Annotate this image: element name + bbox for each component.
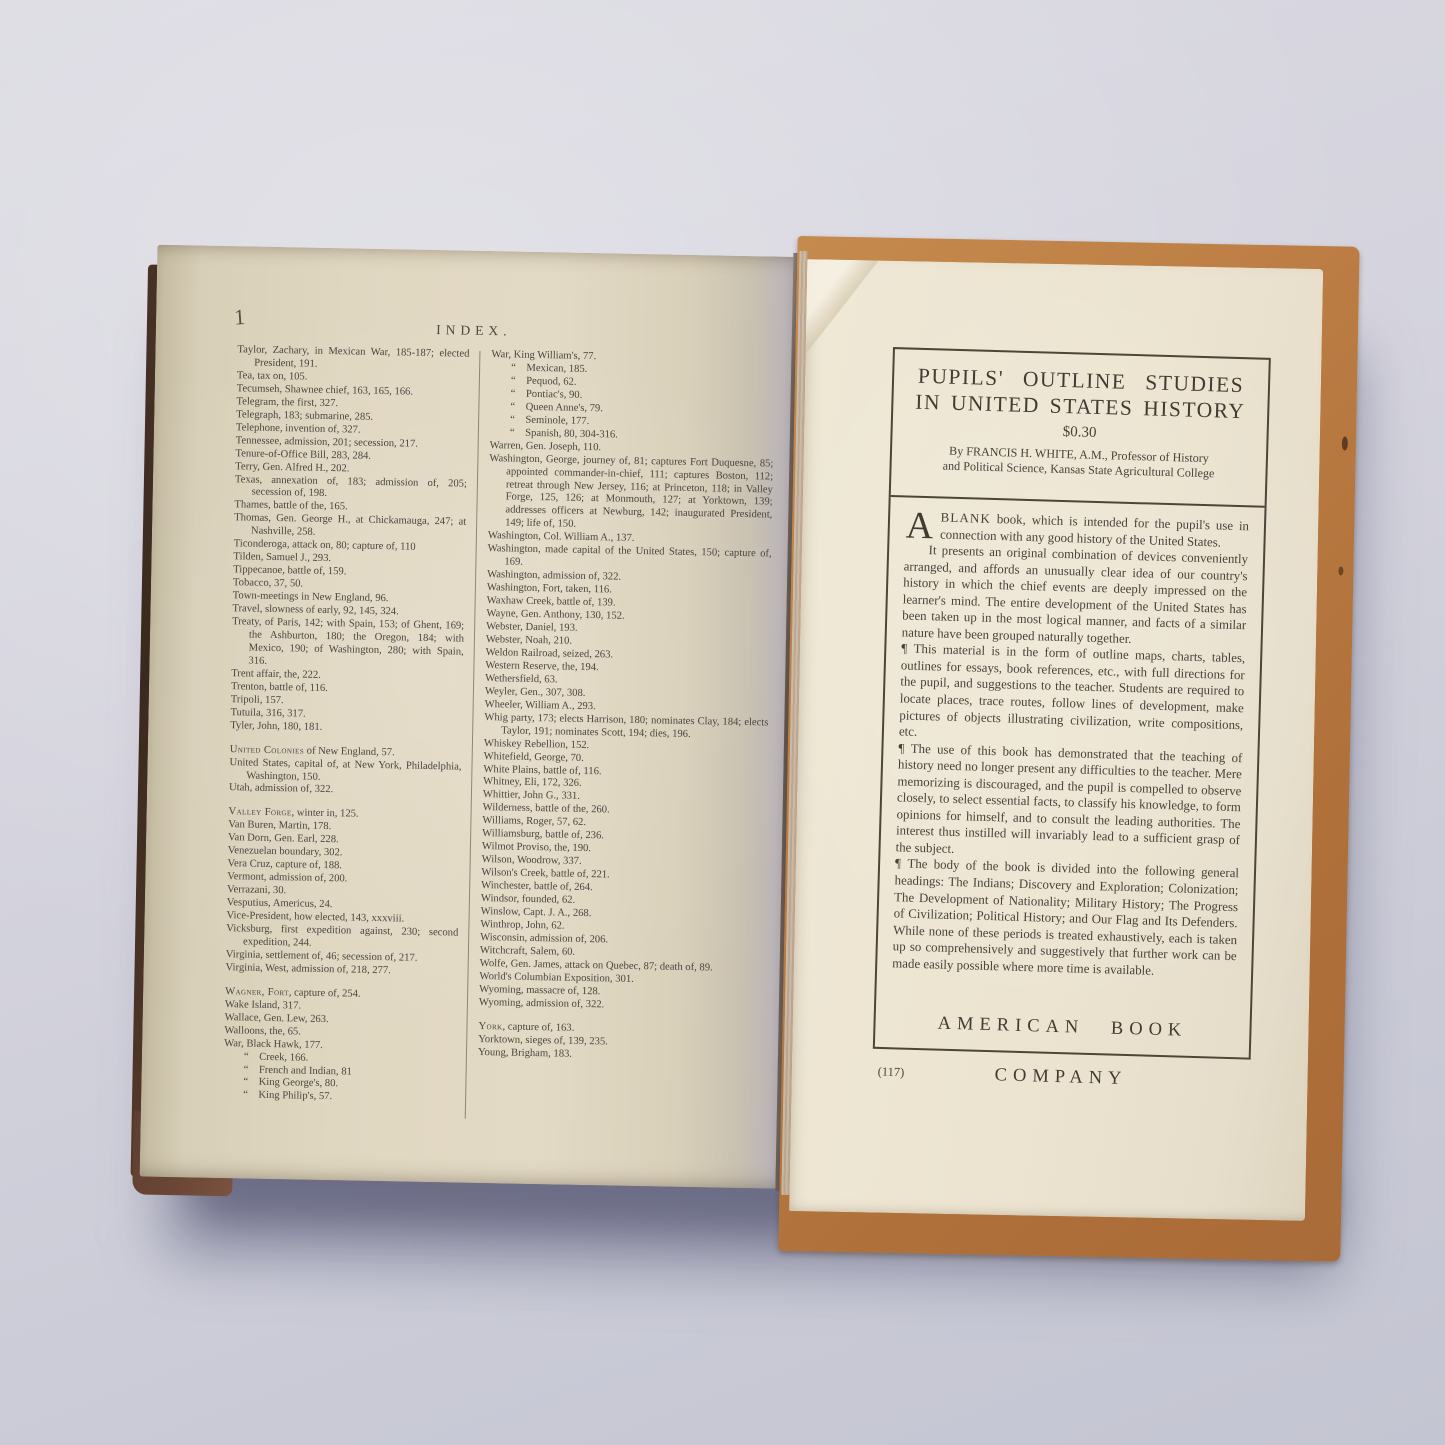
- ad-publisher: AMERICAN BOOK COMPANY: [875, 997, 1250, 1058]
- book-photo-scene: 1 INDEX. Taylor, Zachary, in Mexican War…: [0, 0, 1445, 1445]
- ad-paragraph: The body of the book is divided into the…: [892, 856, 1239, 982]
- index-entry-lead: York: [478, 1021, 502, 1032]
- ad-body-text: ABLANK book, which is intended for the p…: [876, 497, 1264, 1008]
- advertisement-box: PUPILS' OUTLINE STUDIES IN UNITED STATES…: [873, 347, 1271, 1060]
- ad-paragraph: The use of this book has demonstrated th…: [895, 740, 1242, 866]
- page-number-folio: (117): [877, 1065, 904, 1081]
- folded-page-corner: [805, 259, 879, 356]
- index-page-title: INDEX.: [156, 317, 792, 345]
- index-column-2: War, King William's, 77.“ Mexican, 185.“…: [478, 349, 776, 1065]
- index-entry-lead: Wagner, Fort: [225, 986, 289, 998]
- index-entry-lead: United Colonies: [230, 744, 305, 756]
- ad-paragraph: This material is in the form of outline …: [899, 641, 1246, 750]
- cover-wear-spot: [1338, 566, 1343, 575]
- index-column-1: Taylor, Zachary, in Mexican War, 185-187…: [223, 344, 470, 1107]
- ad-title-section: PUPILS' OUTLINE STUDIES IN UNITED STATES…: [891, 349, 1269, 508]
- open-book: 1 INDEX. Taylor, Zachary, in Mexican War…: [128, 230, 1355, 1255]
- drop-cap: A: [904, 508, 940, 541]
- advertisement-page: PUPILS' OUTLINE STUDIES IN UNITED STATES…: [789, 259, 1323, 1221]
- cover-wear-spot: [1342, 436, 1348, 450]
- index-entry: Treaty, of Paris, 142; with Spain, 153; …: [231, 616, 464, 672]
- ad-paragraph: It presents an original combination of d…: [902, 542, 1249, 651]
- index-page: 1 INDEX. Taylor, Zachary, in Mexican War…: [140, 245, 794, 1189]
- paragraph-lead-word: BLANK: [940, 510, 991, 525]
- index-entry-lead: Valley Forge: [228, 807, 291, 819]
- index-entry: Washington, George, journey of, 81; capt…: [488, 453, 773, 536]
- ad-byline: By FRANCIS H. WHITE, A.M., Professor of …: [891, 442, 1266, 483]
